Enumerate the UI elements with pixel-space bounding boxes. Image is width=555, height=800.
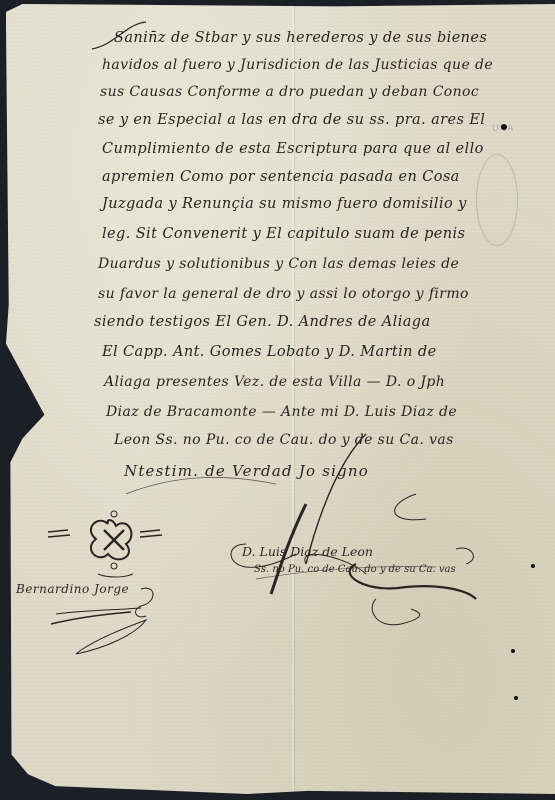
signature-right-flourish — [226, 539, 526, 659]
ink-blot — [501, 124, 507, 130]
ink-blot — [511, 649, 515, 653]
manuscript-page: UNA Sanin̄z de Stbar y sus herederos y d… — [6, 4, 555, 794]
ink-blot — [531, 564, 535, 568]
ink-blot — [514, 696, 518, 700]
notary-sign-knot-icon — [78, 504, 168, 584]
signature-left-flourish — [46, 584, 246, 684]
